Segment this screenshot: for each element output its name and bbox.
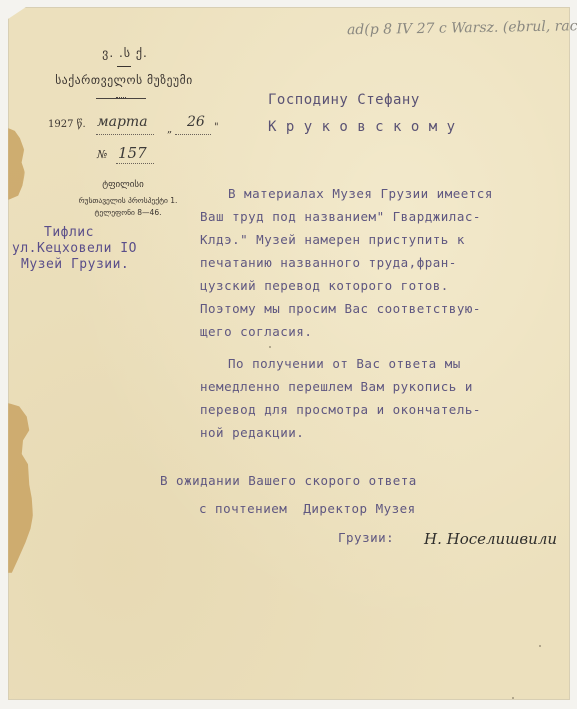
letterhead-divider-short xyxy=(117,66,131,67)
addressee-line-1: Господину Стефану xyxy=(268,92,420,108)
body-line-9: немедленно перешлем Вам рукопись и xyxy=(200,376,473,399)
date-year: 1927 წ. xyxy=(48,119,86,130)
date-day-dotted-line xyxy=(175,134,211,135)
closing-line-3: Грузии: xyxy=(338,527,394,550)
body-line-11: ной редакции. xyxy=(200,422,304,445)
body-line-2: Ваш труд под названием" Гварджилас- xyxy=(200,206,481,229)
letterhead-museum-name: საქართველოს მუზეუმი xyxy=(34,73,214,87)
addressee-line-2: К р у к о в с к о м у xyxy=(268,119,456,135)
body-line-10: перевод для просмотра и окончатель- xyxy=(200,399,481,422)
date-month-dotted-line xyxy=(96,134,154,135)
date-year-suffix: წ. xyxy=(77,119,86,130)
reference-number-dotted-line xyxy=(116,163,154,164)
letterhead-phone: ტელეფონი 8—46. xyxy=(58,207,198,219)
stamp-line-museum: Музей Грузии. xyxy=(21,257,129,273)
paper-speck xyxy=(512,697,514,699)
date-year-value: 1927 xyxy=(48,119,73,130)
body-line-3: Клдэ." Музей намерен приступить к xyxy=(200,229,465,252)
letterhead-address: რუსთაველის პროსპექტი 1. ტელეფონი 8—46. xyxy=(58,195,198,219)
date-month-handwritten: марта xyxy=(97,114,148,130)
body-line-8: По получении от Вас ответа мы xyxy=(228,353,461,376)
letterhead-city: ტფილისი xyxy=(88,180,158,190)
letterhead-street: რუსთაველის პროსპექტი 1. xyxy=(58,195,198,207)
date-day-handwritten: 26 xyxy=(187,114,205,130)
reference-number-handwritten: 157 xyxy=(118,144,147,162)
date-quote-open: „ xyxy=(167,124,172,135)
letterhead-abbreviation: ვ. .ს ქ. xyxy=(80,46,170,60)
body-line-7: щего согласия. xyxy=(200,321,312,344)
reference-number-label: № xyxy=(97,148,107,161)
date-quote-close: " xyxy=(214,122,219,133)
stamp-line-city: Тифлис xyxy=(44,225,94,241)
paper-speck xyxy=(269,346,271,348)
director-signature: Н. Носелишвили xyxy=(424,530,557,548)
paper-speck xyxy=(539,645,541,647)
letterhead-ornament-divider xyxy=(96,98,146,99)
stamp-line-street: ул.Кецховели IO xyxy=(12,241,137,257)
body-line-5: цузский перевод которого готов. xyxy=(200,275,449,298)
closing-line-1: В ожидании Вашего скорого ответа xyxy=(160,470,417,493)
body-line-6: Поэтому мы просим Вас соответствую- xyxy=(200,298,481,321)
body-line-1: В материалах Музея Грузии имеется xyxy=(228,183,493,206)
closing-line-2: с почтением Директор Музея xyxy=(199,498,416,521)
body-line-4: печатанию названного труда,фран- xyxy=(200,252,457,275)
